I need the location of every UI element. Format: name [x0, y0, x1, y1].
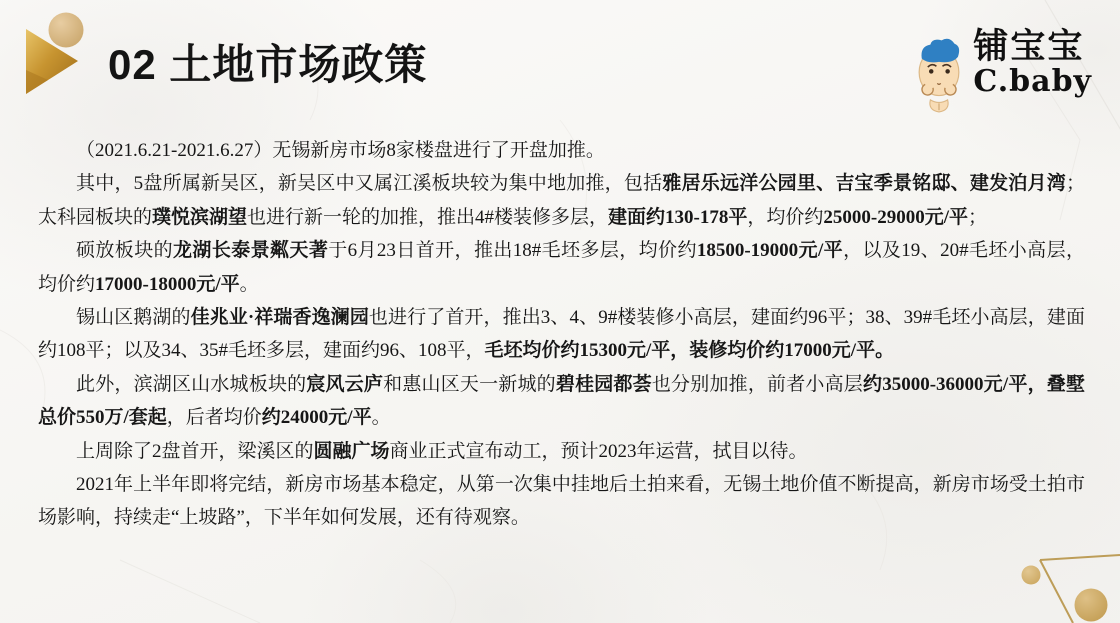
text-run: 锡山区鹅湖的: [76, 307, 191, 328]
paragraph: 其中，5盘所属新吴区，新吴区中又属江溪板块较为集中地加推，包括雅居乐远洋公园里、…: [38, 167, 1085, 234]
text-run: 和惠山区天一新城的: [383, 374, 556, 395]
text-run: 商业正式宣布动工，预计2023年运营，拭目以待。: [390, 441, 808, 462]
paragraph: 锡山区鹅湖的佳兆业·祥瑞香逸澜园也进行了首开，推出3、4、9#楼装修小高层，建面…: [38, 301, 1085, 368]
text-run: ，后者均价: [167, 407, 262, 428]
bold-text-run: 龙湖长泰景粼天著: [173, 240, 328, 261]
text-run: 也分别加推，前者小高层: [652, 374, 863, 395]
bold-text-run: 璞悦滨湖望: [152, 207, 247, 228]
slide: 02 土地市场政策 铺宝宝 C.baby （2021.6.21-2021.6.: [0, 0, 1120, 623]
text-run: （2021.6.21-2021.6.27）无锡新房市场8家楼盘进行了开盘加推。: [76, 140, 605, 161]
paragraph: 上周除了2盘首开，梁溪区的圆融广场商业正式宣布动工，预计2023年运营，拭目以待…: [38, 435, 1085, 468]
logo-name: 铺宝宝: [973, 26, 1092, 67]
text-run: 上周除了2盘首开，梁溪区的: [76, 441, 314, 462]
bold-text-run: 约24000元/平: [262, 407, 372, 428]
text-run: 。: [240, 274, 259, 295]
text-run: 于6月23日首开，推出18#毛坯多层，均价约: [328, 240, 697, 261]
bold-text-run: 建面约130-178平: [608, 207, 747, 228]
paragraph: （2021.6.21-2021.6.27）无锡新房市场8家楼盘进行了开盘加推。: [38, 134, 1085, 167]
page-title: 02 土地市场政策: [108, 32, 427, 92]
bold-text-run: 圆融广场: [314, 441, 390, 462]
bold-text-run: 17000-18000元/平: [95, 274, 240, 295]
bold-text-run: 25000-29000元/平: [823, 207, 968, 228]
text-run: ；: [968, 207, 987, 228]
text-run: 也进行新一轮的加推，推出4#楼装修多层，: [247, 207, 608, 228]
bold-text-run: 18500-19000元/平: [697, 240, 843, 261]
logo-subtitle: C.baby: [973, 67, 1092, 97]
paragraph: 2021年上半年即将完结，新房市场基本稳定，从第一次集中挂地后土拍来看，无锡土地…: [38, 468, 1085, 535]
paragraph: 硕放板块的龙湖长泰景粼天著于6月23日首开，推出18#毛坯多层，均价约18500…: [38, 234, 1085, 301]
bold-text-run: 毛坯均价约15300元/平，装修均价约17000元/平。: [485, 340, 895, 361]
bold-text-run: 宸风云庐: [306, 374, 383, 395]
gold-triangle-icon: [18, 8, 118, 113]
text-run: 2021年上半年即将完结，新房市场基本稳定，从第一次集中挂地后土拍来看，无锡土地…: [38, 474, 1085, 528]
logo-text: 铺宝宝 C.baby: [973, 26, 1092, 97]
text-run: 。: [372, 407, 391, 428]
text-run: 其中，5盘所属新吴区，新吴区中又属江溪板块较为集中地加推，包括: [76, 173, 662, 194]
paragraph: 此外，滨湖区山水城板块的宸风云庐和惠山区天一新城的碧桂园都荟也分别加推，前者小高…: [38, 368, 1085, 435]
text-run: ，均价约: [747, 207, 823, 228]
logo: 铺宝宝 C.baby: [913, 26, 1092, 118]
bold-text-run: 碧桂园都荟: [556, 374, 652, 395]
bold-text-run: 雅居乐远洋公园里、吉宝季景铭邸、建发泊月湾: [662, 173, 1066, 194]
text-run: 硕放板块的: [76, 240, 173, 261]
text-run: 此外，滨湖区山水城板块的: [76, 374, 306, 395]
bold-text-run: 佳兆业·祥瑞香逸澜园: [191, 307, 369, 328]
gold-lines-icon: [935, 511, 1120, 623]
baby-face-icon: [913, 36, 965, 118]
body-text: （2021.6.21-2021.6.27）无锡新房市场8家楼盘进行了开盘加推。其…: [38, 134, 1085, 535]
